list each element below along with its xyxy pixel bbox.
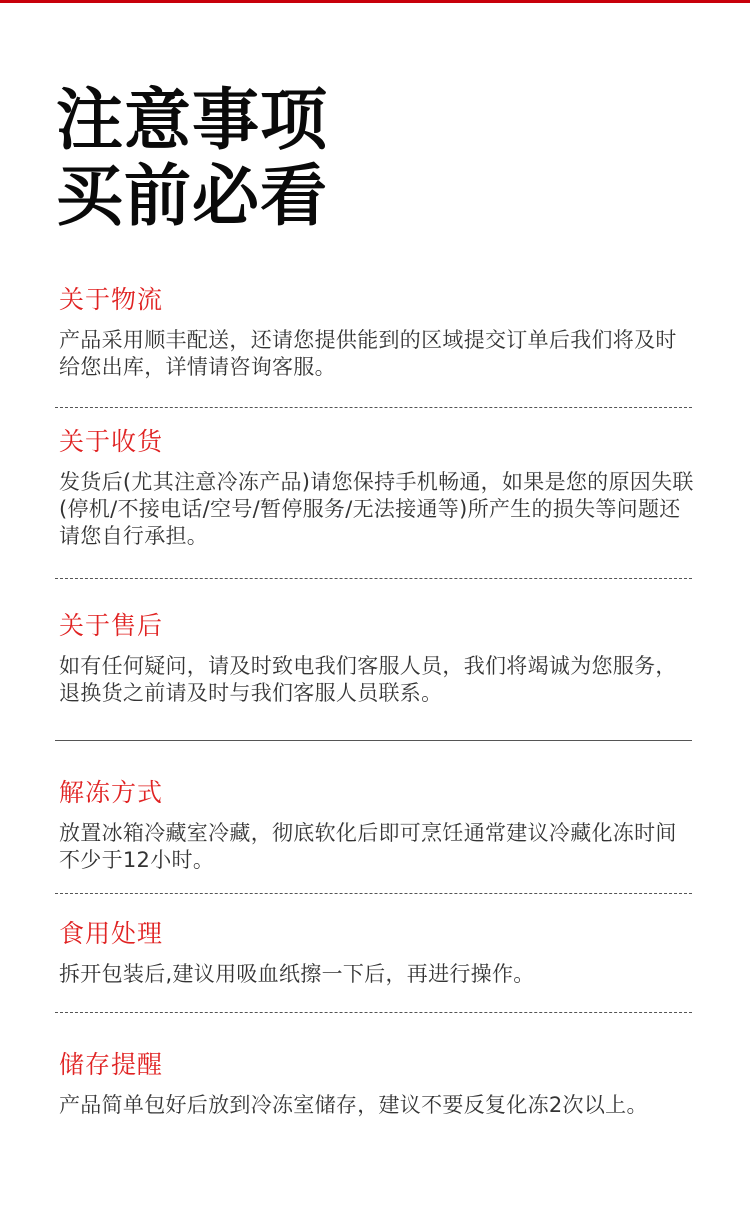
section-heading: 食用处理 (59, 919, 699, 949)
section-divider-dashed (55, 893, 692, 894)
section-divider-dashed (55, 407, 692, 408)
section-preparation: 食用处理 拆开包装后,建议用吸血纸擦一下后，再进行操作。 (59, 919, 699, 988)
section-heading: 储存提醒 (59, 1050, 699, 1080)
section-heading: 关于售后 (59, 611, 699, 641)
top-accent-bar (0, 0, 750, 3)
section-receiving: 关于收货 发货后(尤其注意冷冻产品)请您保持手机畅通，如果是您的原因失联(停机/… (59, 427, 699, 550)
section-body: 拆开包装后,建议用吸血纸擦一下后，再进行操作。 (59, 961, 695, 988)
page-title: 注意事项 买前必看 (56, 82, 328, 234)
section-body: 发货后(尤其注意冷冻产品)请您保持手机畅通，如果是您的原因失联(停机/不接电话/… (59, 469, 695, 550)
section-divider-dashed (55, 1012, 692, 1013)
section-body: 如有任何疑问，请及时致电我们客服人员，我们将竭诚为您服务，退换货之前请及时与我们… (59, 653, 695, 707)
title-line-2: 买前必看 (56, 158, 328, 234)
title-line-1: 注意事项 (56, 82, 328, 158)
section-heading: 关于物流 (59, 285, 699, 315)
section-divider-solid (55, 740, 692, 741)
section-thawing: 解冻方式 放置冰箱冷藏室冷藏，彻底软化后即可烹饪通常建议冷藏化冻时间不少于12小… (59, 778, 699, 874)
section-body: 放置冰箱冷藏室冷藏，彻底软化后即可烹饪通常建议冷藏化冻时间不少于12小时。 (59, 820, 695, 874)
section-heading: 解冻方式 (59, 778, 699, 808)
section-heading: 关于收货 (59, 427, 699, 457)
section-body: 产品采用顺丰配送，还请您提供能到的区域提交订单后我们将及时给您出库，详情请咨询客… (59, 327, 695, 381)
section-body: 产品简单包好后放到冷冻室储存，建议不要反复化冻2次以上。 (59, 1092, 695, 1119)
section-after-sales: 关于售后 如有任何疑问，请及时致电我们客服人员，我们将竭诚为您服务，退换货之前请… (59, 611, 699, 707)
section-logistics: 关于物流 产品采用顺丰配送，还请您提供能到的区域提交订单后我们将及时给您出库，详… (59, 285, 699, 381)
section-storage: 储存提醒 产品简单包好后放到冷冻室储存，建议不要反复化冻2次以上。 (59, 1050, 699, 1119)
section-divider-dashed (55, 578, 692, 579)
